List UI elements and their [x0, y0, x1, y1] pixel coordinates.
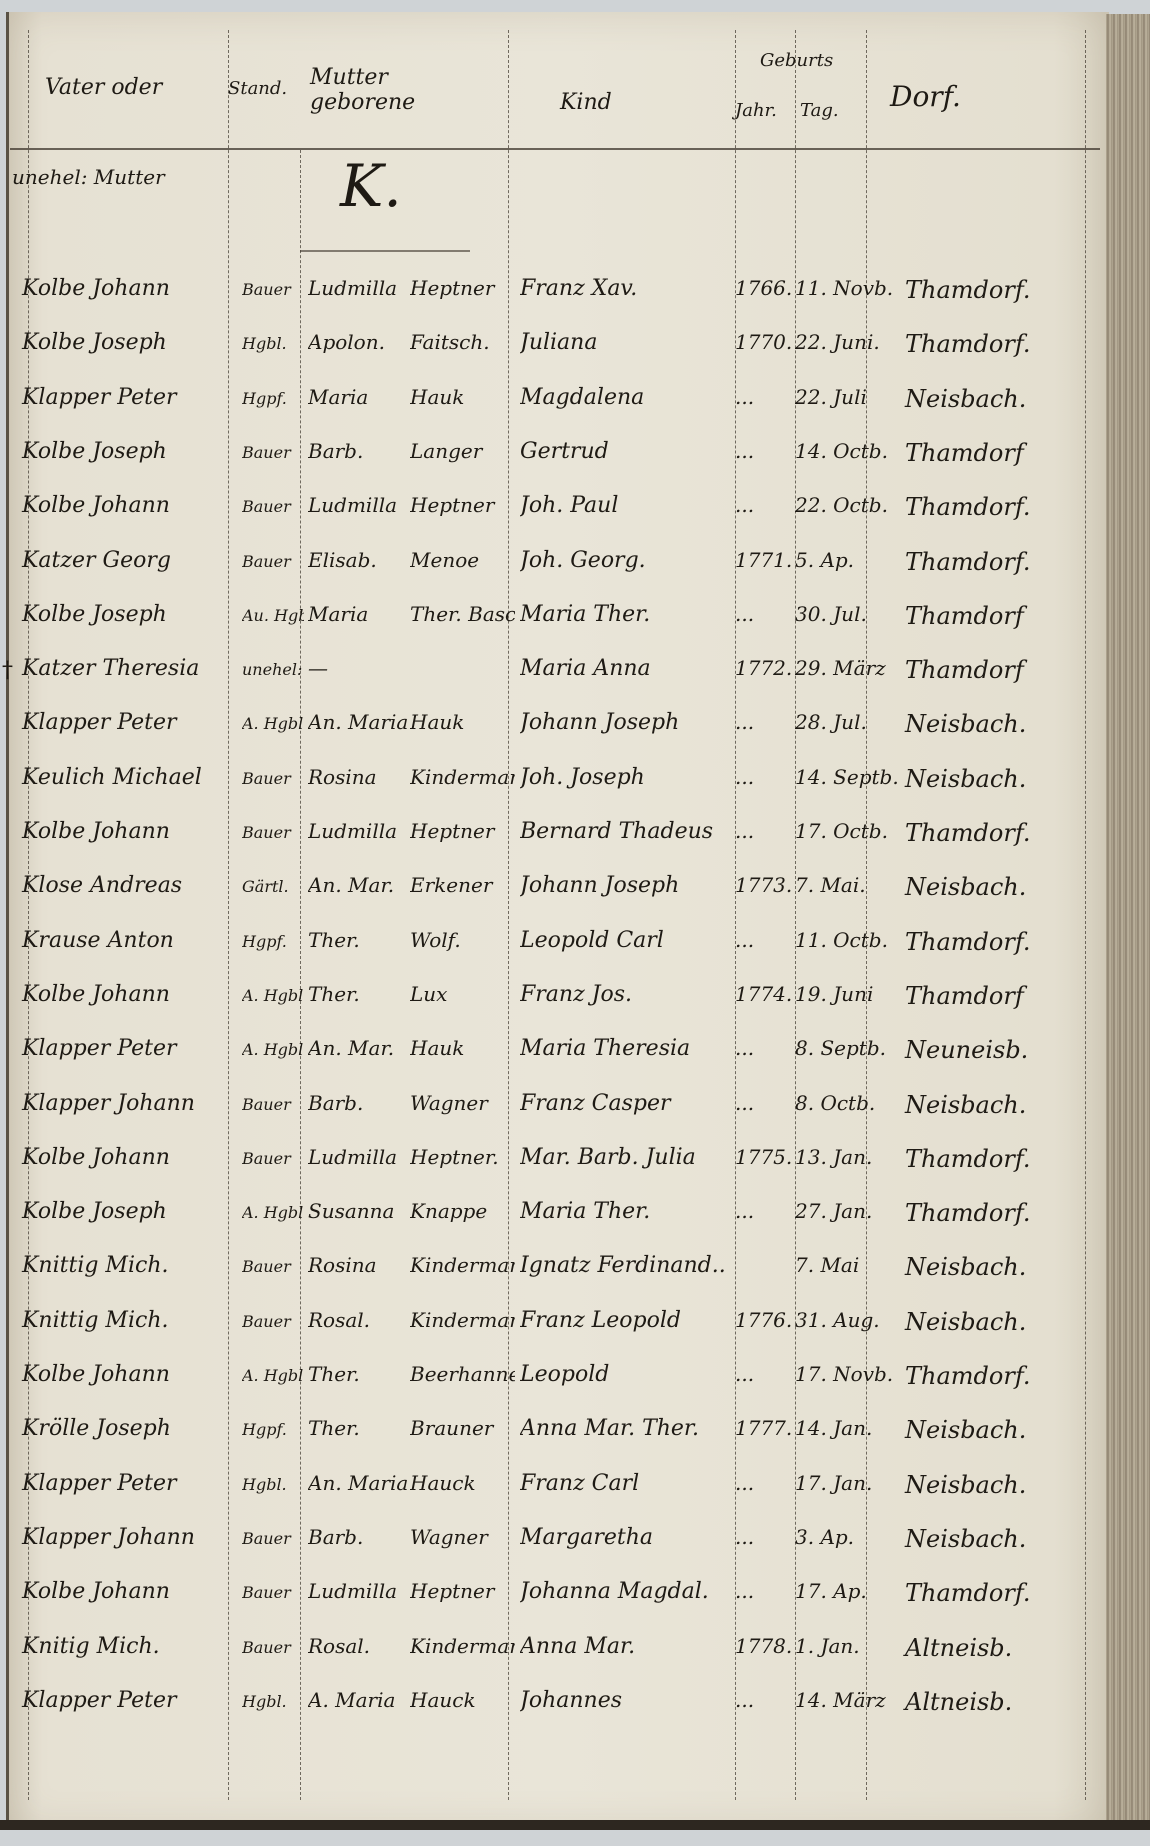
cell-mother-first: Maria	[308, 602, 408, 626]
cell-father: Knitig Mich.	[22, 1634, 242, 1659]
cell-village: Altneisb.	[905, 1634, 1095, 1662]
cell-status: Bauer	[242, 497, 304, 516]
cell-child: Maria Theresia	[520, 1036, 735, 1061]
cell-village: Thamdorf.	[905, 276, 1095, 304]
table-row: Klapper PeterHgpf.MariaHaukMagdalena...2…	[0, 379, 1100, 427]
cell-village: Thamdorf.	[905, 1362, 1095, 1390]
cell-village: Neisbach.	[905, 1091, 1095, 1119]
cell-mother-last: Erkener	[410, 873, 515, 897]
cell-child: Franz Jos.	[520, 982, 735, 1007]
cell-status: A. Hgbl.	[242, 714, 304, 733]
cell-mother-first: An. Maria	[308, 710, 408, 734]
header-year: Jahr.	[735, 100, 777, 121]
cell-mother-first: Ludmilla	[308, 276, 408, 300]
cell-year: ...	[735, 1199, 790, 1223]
cell-mother-last: Brauner	[410, 1416, 515, 1440]
cell-year: ...	[735, 765, 790, 789]
cell-mother-last: Heptner	[410, 819, 515, 843]
cell-father: Krölle Joseph	[22, 1416, 242, 1441]
cell-year: ...	[735, 1091, 790, 1115]
cell-village: Thamdorf.	[905, 819, 1095, 847]
header-mother: Mutter geborene	[310, 65, 490, 115]
table-row: Kolbe JohannBauerLudmillaHeptnerFranz Xa…	[0, 270, 1100, 318]
cell-year: 1772.	[735, 656, 790, 680]
table-row: Kolbe JosephBauerBarb.LangerGertrud...14…	[0, 433, 1100, 481]
cell-day: 14. Octb.	[795, 439, 900, 463]
header-father: Vater oder	[45, 75, 162, 100]
cell-day: 8. Octb.	[795, 1091, 900, 1115]
cell-village: Thamdorf	[905, 602, 1095, 630]
cell-village: Neisbach.	[905, 385, 1095, 413]
cell-father: Klapper Peter	[22, 1036, 242, 1061]
cell-day: 7. Mai	[795, 1253, 900, 1277]
cell-year: ...	[735, 928, 790, 952]
cell-father: Kolbe Joseph	[22, 439, 242, 464]
cell-mother-last: Hauck	[410, 1471, 515, 1495]
cell-year: ...	[735, 1688, 790, 1712]
cell-year: ...	[735, 1579, 790, 1603]
table-row: Knittig Mich.BauerRosinaKindermann.Ignat…	[0, 1247, 1100, 1295]
cell-father: Kolbe Johann	[22, 982, 242, 1007]
cell-status: Hgpf.	[242, 1420, 304, 1439]
cell-mother-first: Ther.	[308, 1416, 408, 1440]
cell-father: Katzer Georg	[22, 548, 242, 573]
cell-mother-last: Wolf.	[410, 928, 515, 952]
cell-mother-first: Rosal.	[308, 1308, 408, 1332]
cell-year: ...	[735, 1036, 790, 1060]
table-row: Kolbe JohannBauerLudmillaHeptnerJoh. Pau…	[0, 487, 1100, 535]
table-row: Klapper JohannBauerBarb.WagnerMargaretha…	[0, 1519, 1100, 1567]
cell-child: Juliana	[520, 330, 735, 355]
section-rule	[300, 250, 470, 252]
cell-day: 1. Jan.	[795, 1634, 900, 1658]
cell-mother-last: Hauk	[410, 1036, 515, 1060]
cell-mother-first: Ludmilla	[308, 1145, 408, 1169]
cell-mother-first: An. Mar.	[308, 1036, 408, 1060]
cell-father: Kolbe Joseph	[22, 330, 242, 355]
cell-year: 1776.	[735, 1308, 790, 1332]
cell-village: Neisbach.	[905, 765, 1095, 793]
table-row: Kolbe JohannBauerLudmillaHeptnerBernard …	[0, 813, 1100, 861]
cell-day: 22. Juli	[795, 385, 900, 409]
cell-child: Anna Mar.	[520, 1634, 735, 1659]
cell-year: ...	[735, 819, 790, 843]
cell-mother-first: Elisab.	[308, 548, 408, 572]
cell-father: Krause Anton	[22, 928, 242, 953]
cell-mother-first: An. Maria	[308, 1471, 408, 1495]
cell-year: ...	[735, 493, 790, 517]
cell-day: 14. Septb.	[795, 765, 900, 789]
cell-village: Neisbach.	[905, 710, 1095, 738]
cell-mother-last: Lux	[410, 982, 515, 1006]
table-row: Klapper PeterHgbl.A. MariaHauckJohannes.…	[0, 1682, 1100, 1730]
cell-day: 7. Mai.	[795, 873, 900, 897]
cell-father: Klose Andreas	[22, 873, 242, 898]
cell-day: 5. Ap.	[795, 548, 900, 572]
section-letter: K.	[340, 152, 402, 220]
cell-village: Thamdorf.	[905, 330, 1095, 358]
cell-status: Bauer	[242, 1149, 304, 1168]
cross-mark-icon: †	[2, 658, 13, 683]
cell-status: Bauer	[242, 1095, 304, 1114]
cell-status: Au. Hgbl.	[242, 606, 304, 625]
cell-status: A. Hgbl.	[242, 1040, 304, 1059]
cell-mother-last: Beerhanner	[410, 1362, 515, 1386]
cell-village: Neisbach.	[905, 1525, 1095, 1553]
table-row: Kolbe JohannBauerLudmillaHeptner.Mar. Ba…	[0, 1139, 1100, 1187]
cell-status: A. Hgbl.	[242, 1366, 304, 1385]
cell-mother-last: Menoe	[410, 548, 515, 572]
cell-mother-first: Maria	[308, 385, 408, 409]
cell-child: Leopold	[520, 1362, 735, 1387]
cell-mother-first: Rosina	[308, 1253, 408, 1277]
header-child: Kind	[560, 90, 612, 115]
cell-village: Neisbach.	[905, 1416, 1095, 1444]
cell-child: Johann Joseph	[520, 873, 735, 898]
cell-father: Knittig Mich.	[22, 1308, 242, 1333]
cell-child: Maria Ther.	[520, 602, 735, 627]
cell-child: Franz Xav.	[520, 276, 735, 301]
cell-mother-first: Barb.	[308, 1091, 408, 1115]
cell-mother-last: Hauk	[410, 385, 515, 409]
cell-status: A. Hgbl.	[242, 986, 304, 1005]
cell-year: ...	[735, 439, 790, 463]
cell-father: Katzer Theresia	[22, 656, 242, 681]
cell-mother-first: Barb.	[308, 439, 408, 463]
cell-mother-last: Heptner.	[410, 1145, 515, 1169]
cell-mother-first: Ther.	[308, 928, 408, 952]
cell-status: Hgbl.	[242, 334, 304, 353]
table-row: Kolbe JosephHgbl.Apolon.Faitsch.Juliana1…	[0, 324, 1100, 372]
cell-mother-first: Ludmilla	[308, 493, 408, 517]
table-row: Kolbe JosephA. Hgbl.SusannaKnappeMaria T…	[0, 1193, 1100, 1241]
cell-status: Hgbl.	[242, 1475, 304, 1494]
cell-status: Bauer	[242, 552, 304, 571]
cell-day: 14. März	[795, 1688, 900, 1712]
cell-status: Bauer	[242, 769, 304, 788]
cell-status: Gärtl.	[242, 877, 304, 896]
cell-child: Ignatz Ferdinand..	[520, 1253, 735, 1278]
cell-mother-first: Ther.	[308, 1362, 408, 1386]
table-row: Keulich MichaelBauerRosinaKindermannJoh.…	[0, 759, 1100, 807]
cell-year: ...	[735, 1471, 790, 1495]
table-row: Kolbe JosephAu. Hgbl.MariaTher. Bascher-…	[0, 596, 1100, 644]
table-row: Kolbe JohannBauerLudmillaHeptnerJohanna …	[0, 1573, 1100, 1621]
cell-father: Kolbe Johann	[22, 276, 242, 301]
cell-mother-last: Knappe	[410, 1199, 515, 1223]
cell-year: 1777.	[735, 1416, 790, 1440]
cell-day: 11. Novb.	[795, 276, 900, 300]
table-row: Knitig Mich.BauerRosal.KindermannAnna Ma…	[0, 1628, 1100, 1676]
cell-father: Klapper Johann	[22, 1091, 242, 1116]
cell-village: Thamdorf.	[905, 1145, 1095, 1173]
cell-status: Bauer	[242, 1529, 304, 1548]
cell-mother-last: Langer	[410, 439, 515, 463]
cell-child: Johanna Magdal.	[520, 1579, 735, 1604]
table-row: †Katzer Theresiaunehel:—Maria Anna1772.2…	[0, 650, 1100, 698]
cell-village: Neuneisb.	[905, 1036, 1095, 1064]
table-row: Kolbe JohannA. Hgbl.Ther.LuxFranz Jos.17…	[0, 976, 1100, 1024]
table-row: Klose AndreasGärtl.An. Mar.ErkenerJohann…	[0, 867, 1100, 915]
cell-father: Kolbe Johann	[22, 1145, 242, 1170]
table-row: Klapper PeterA. Hgbl.An. MariaHaukJohann…	[0, 704, 1100, 752]
cell-child: Franz Leopold	[520, 1308, 735, 1333]
table-row: Katzer GeorgBauerElisab.MenoeJoh. Georg.…	[0, 542, 1100, 590]
cell-day: 17. Novb.	[795, 1362, 900, 1386]
cell-village: Thamdorf.	[905, 548, 1095, 576]
cell-child: Bernard Thadeus	[520, 819, 735, 844]
cell-year: ...	[735, 1525, 790, 1549]
cell-child: Joh. Paul	[520, 493, 735, 518]
cell-father: Kolbe Johann	[22, 1579, 242, 1604]
cell-mother-last: Heptner	[410, 493, 515, 517]
header-village: Dorf.	[890, 80, 961, 113]
cell-mother-last: Hauck	[410, 1688, 515, 1712]
cell-status: Hgpf.	[242, 389, 304, 408]
header-status: Stand.	[228, 78, 287, 99]
cell-mother-last: Heptner	[410, 276, 515, 300]
cell-status: Bauer	[242, 1638, 304, 1657]
cell-day: 22. Octb.	[795, 493, 900, 517]
cell-mother-last: Heptner	[410, 1579, 515, 1603]
cell-day: 17. Ap.	[795, 1579, 900, 1603]
cell-day: 3. Ap.	[795, 1525, 900, 1549]
cell-day: 17. Jan.	[795, 1471, 900, 1495]
cell-day: 14. Jan.	[795, 1416, 900, 1440]
cell-day: 13. Jan.	[795, 1145, 900, 1169]
cell-village: Thamdorf	[905, 656, 1095, 684]
cell-village: Neisbach.	[905, 1308, 1095, 1336]
cell-status: A. Hgbl.	[242, 1203, 304, 1222]
table-row: Kolbe JohannA. Hgbl.Ther.BeerhannerLeopo…	[0, 1356, 1100, 1404]
cell-mother-last: Wagner	[410, 1091, 515, 1115]
cell-day: 29. März	[795, 656, 900, 680]
cell-day: 11. Octb.	[795, 928, 900, 952]
cell-father: Knittig Mich.	[22, 1253, 242, 1278]
cell-mother-first: —	[308, 656, 408, 680]
cell-child: Franz Carl	[520, 1471, 735, 1496]
cell-year: 1773.	[735, 873, 790, 897]
cell-status: Hgbl.	[242, 1692, 304, 1711]
cell-village: Thamdorf.	[905, 928, 1095, 956]
cell-village: Thamdorf.	[905, 493, 1095, 521]
cell-mother-first: Ludmilla	[308, 1579, 408, 1603]
cell-child: Leopold Carl	[520, 928, 735, 953]
cell-year: ...	[735, 710, 790, 734]
cell-status: Bauer	[242, 1312, 304, 1331]
cell-day: 30. Jul.	[795, 602, 900, 626]
cell-father: Klapper Peter	[22, 1471, 242, 1496]
cell-village: Neisbach.	[905, 1253, 1095, 1281]
cell-mother-last: Hauk	[410, 710, 515, 734]
cell-mother-first: Barb.	[308, 1525, 408, 1549]
table-row: Klapper PeterHgbl.An. MariaHauckFranz Ca…	[0, 1465, 1100, 1513]
cell-status: Bauer	[242, 443, 304, 462]
cell-village: Thamdorf.	[905, 1579, 1095, 1607]
cell-mother-last: Kindermann.	[410, 1308, 515, 1332]
cell-status: Bauer	[242, 823, 304, 842]
cell-mother-first: Susanna	[308, 1199, 408, 1223]
cell-mother-first: Rosal.	[308, 1634, 408, 1658]
cell-child: Margaretha	[520, 1525, 735, 1550]
cell-father: Kolbe Joseph	[22, 1199, 242, 1224]
cell-mother-first: Rosina	[308, 765, 408, 789]
cell-father: Kolbe Johann	[22, 819, 242, 844]
cell-child: Johann Joseph	[520, 710, 735, 735]
cell-mother-last: Kindermann	[410, 1634, 515, 1658]
cell-village: Altneisb.	[905, 1688, 1095, 1716]
header-rule	[10, 148, 1100, 150]
cell-mother-first: A. Maria	[308, 1688, 408, 1712]
cell-mother-first: An. Mar.	[308, 873, 408, 897]
cell-year: 1771.	[735, 548, 790, 572]
cell-village: Thamdorf	[905, 439, 1095, 467]
cell-village: Thamdorf.	[905, 1199, 1095, 1227]
cell-village: Neisbach.	[905, 873, 1095, 901]
cell-year: 1770.	[735, 330, 790, 354]
table-row: Krause AntonHgpf.Ther.Wolf.Leopold Carl.…	[0, 922, 1100, 970]
cell-father: Klapper Peter	[22, 1688, 242, 1713]
cell-child: Anna Mar. Ther.	[520, 1416, 735, 1441]
cell-status: Bauer	[242, 280, 304, 299]
cell-day: 19. Juni	[795, 982, 900, 1006]
cell-child: Joh. Joseph	[520, 765, 735, 790]
cell-day: 22. Juni.	[795, 330, 900, 354]
cell-mother-last: Kindermann	[410, 765, 515, 789]
cell-status: Bauer	[242, 1583, 304, 1602]
cell-father: Kolbe Johann	[22, 493, 242, 518]
cell-mother-last: Faitsch.	[410, 330, 515, 354]
cell-mother-first: Ludmilla	[308, 819, 408, 843]
cell-child: Mar. Barb. Julia	[520, 1145, 735, 1170]
cell-child: Gertrud	[520, 439, 735, 464]
cell-year: 1775.	[735, 1145, 790, 1169]
book-page-edges	[1106, 14, 1150, 1830]
cell-day: 31. Aug.	[795, 1308, 900, 1332]
cell-father: Klapper Peter	[22, 385, 242, 410]
table-row: Krölle JosephHgpf.Ther.BraunerAnna Mar. …	[0, 1410, 1100, 1458]
cell-mother-first: Apolon.	[308, 330, 408, 354]
cell-year: 1778.	[735, 1634, 790, 1658]
cell-year: 1774.	[735, 982, 790, 1006]
cell-mother-last: Ther. Bascher-ner	[410, 602, 515, 626]
header-day: Tag.	[800, 100, 839, 121]
cell-status: unehel:	[242, 660, 304, 679]
cell-village: Thamdorf	[905, 982, 1095, 1010]
cell-day: 27. Jan.	[795, 1199, 900, 1223]
cell-child: Joh. Georg.	[520, 548, 735, 573]
header-birth: Geburts	[760, 50, 833, 71]
cell-day: 28. Jul.	[795, 710, 900, 734]
cell-child: Maria Ther.	[520, 1199, 735, 1224]
cell-year: ...	[735, 385, 790, 409]
cell-status: Bauer	[242, 1257, 304, 1276]
cell-year: 1766.	[735, 276, 790, 300]
cell-father: Klapper Peter	[22, 710, 242, 735]
cell-mother-last: Wagner	[410, 1525, 515, 1549]
cell-day: 17. Octb.	[795, 819, 900, 843]
cell-child: Maria Anna	[520, 656, 735, 681]
cell-mother-last: Kindermann.	[410, 1253, 515, 1277]
cell-father: Kolbe Johann	[22, 1362, 242, 1387]
cell-father: Kolbe Joseph	[22, 602, 242, 627]
header-note: unehel: Mutter	[12, 165, 165, 189]
cell-mother-first: Ther.	[308, 982, 408, 1006]
book-bottom-edge	[0, 1820, 1150, 1830]
cell-day: 8. Septb.	[795, 1036, 900, 1060]
cell-village: Neisbach.	[905, 1471, 1095, 1499]
cell-year: ...	[735, 602, 790, 626]
cell-child: Magdalena	[520, 385, 735, 410]
cell-child: Johannes	[520, 1688, 735, 1713]
cell-year: ...	[735, 1362, 790, 1386]
table-row: Knittig Mich.BauerRosal.Kindermann.Franz…	[0, 1302, 1100, 1350]
table-row: Klapper JohannBauerBarb.WagnerFranz Casp…	[0, 1085, 1100, 1133]
cell-father: Klapper Johann	[22, 1525, 242, 1550]
cell-father: Keulich Michael	[22, 765, 242, 790]
cell-status: Hgpf.	[242, 932, 304, 951]
table-row: Klapper PeterA. Hgbl.An. Mar.HaukMaria T…	[0, 1030, 1100, 1078]
cell-child: Franz Casper	[520, 1091, 735, 1116]
